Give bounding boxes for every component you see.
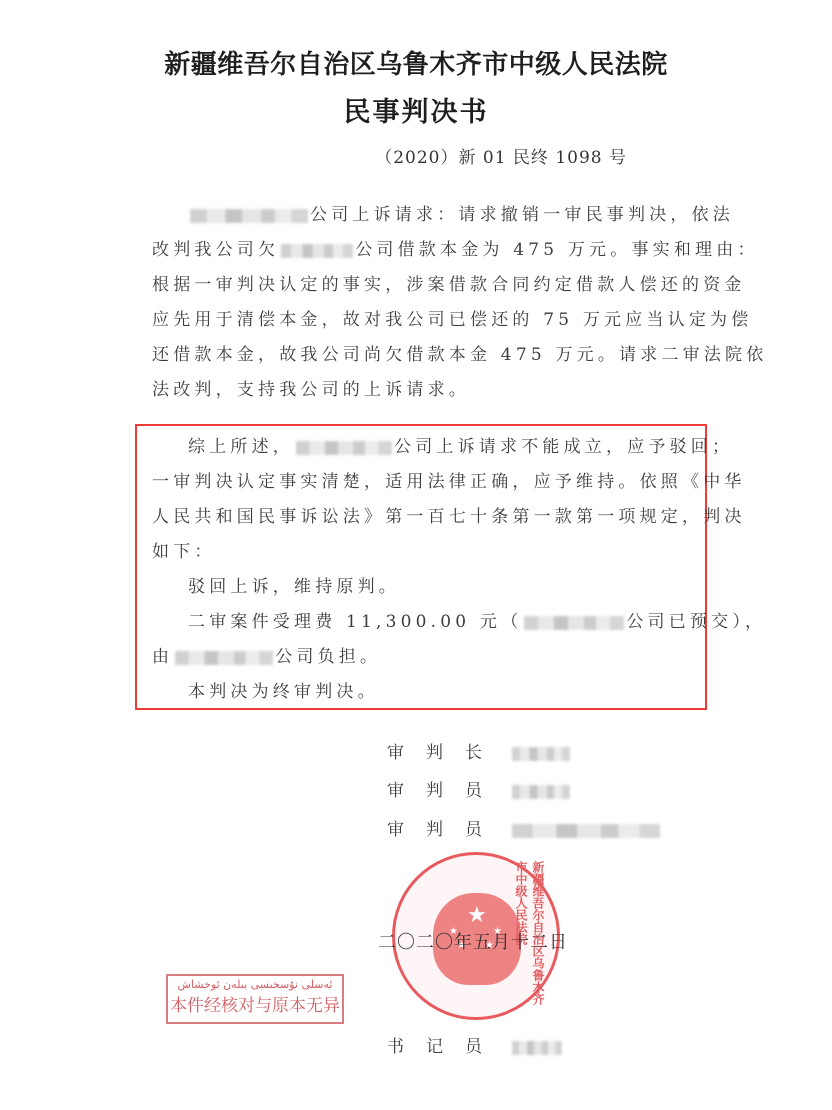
redacted-name — [512, 747, 570, 761]
text-line: 驳回上诉，维持原判。 — [152, 570, 712, 605]
text-line: 改判我公司欠公司借款本金为 475 万元。事实和理由： — [152, 233, 712, 268]
judgment-paragraph: 综上所述，公司上诉请求不能成立，应予驳回； 一审判决认定事实清楚，适用法律正确，… — [152, 430, 712, 710]
signature-role: 书记员 — [387, 1037, 504, 1057]
signature-role: 审判员 — [387, 781, 504, 801]
redacted-name — [512, 785, 570, 799]
text-line: 综上所述，公司上诉请求不能成立，应予驳回； — [152, 430, 712, 465]
text-line: 一审判决认定事实清楚，适用法律正确，应予维持。依照《中华 — [152, 465, 712, 500]
redacted-company-name — [190, 209, 308, 223]
court-name: 新疆维吾尔自治区乌鲁木齐市中级人民法院 — [0, 44, 832, 81]
text-line: 公司上诉请求：请求撤销一审民事判决，依法 — [152, 198, 712, 233]
redacted-company-name — [175, 651, 273, 665]
line-text: 由 — [152, 647, 173, 667]
stamp-chinese-text: 本件经核对与原本无异 — [168, 994, 342, 1018]
text-line: 如下： — [152, 535, 712, 570]
line-text: 公司借款本金为 475 万元。事实和理由： — [355, 240, 758, 260]
signature-role: 审判长 — [387, 743, 504, 763]
judgment-date: 二〇二〇年五月十二日 — [378, 928, 568, 954]
line-text: 公司上诉请求不能成立，应予驳回； — [394, 437, 733, 457]
case-number: （2020）新 01 民终 1098 号 — [375, 143, 627, 168]
appeal-paragraph: 公司上诉请求：请求撤销一审民事判决，依法 改判我公司欠公司借款本金为 475 万… — [152, 198, 712, 408]
redacted-name — [512, 824, 660, 838]
redacted-name — [512, 1041, 562, 1055]
signature-clerk: 书记员 — [387, 1032, 564, 1057]
text-line: 根据一审判决认定的事实，涉案借款合同约定借款人偿还的资金 — [152, 268, 712, 303]
text-line: 由公司负担。 — [152, 640, 712, 675]
document-type: 民事判决书 — [0, 90, 832, 129]
text-line: 还借款本金，故我公司尚欠借款本金 475 万元。请求二审法院依 — [152, 338, 712, 373]
line-text: 二审案件受理费 11,300.00 元（ — [188, 612, 522, 632]
text-line: 应先用于清偿本金，故对我公司已偿还的 75 万元应当认定为偿 — [152, 303, 712, 338]
line-text: 改判我公司欠 — [152, 240, 279, 260]
line-text: 综上所述， — [188, 437, 294, 457]
line-text: 公司负担。 — [275, 647, 381, 667]
text-line: 人民共和国民事诉讼法》第一百七十条第一款第一项规定，判决 — [152, 500, 712, 535]
line-text: 公司已预交）， — [626, 612, 766, 632]
star-icon: ★ — [467, 907, 487, 925]
redacted-company-name — [281, 244, 353, 258]
redacted-company-name — [524, 616, 624, 630]
signature-judge-2: 审判员 — [387, 815, 662, 840]
signature-judge-1: 审判员 — [387, 776, 572, 801]
signature-presiding-judge: 审判长 — [387, 738, 572, 763]
redacted-company-name — [296, 441, 392, 455]
text-line: 二审案件受理费 11,300.00 元（公司已预交）， — [152, 605, 712, 640]
text-line: 法改判，支持我公司的上诉请求。 — [152, 373, 712, 408]
copy-verification-stamp: ئەسلى نۇسخىسى بىلەن ئوخشاش 本件经核对与原本无异 — [166, 974, 344, 1024]
text-line: 本判决为终审判决。 — [152, 675, 712, 710]
stamp-uyghur-text: ئەسلى نۇسخىسى بىلەن ئوخشاش — [168, 976, 342, 994]
signature-role: 审判员 — [387, 820, 504, 840]
line-text: 公司上诉请求：请求撤销一审民事判决，依法 — [310, 205, 734, 225]
